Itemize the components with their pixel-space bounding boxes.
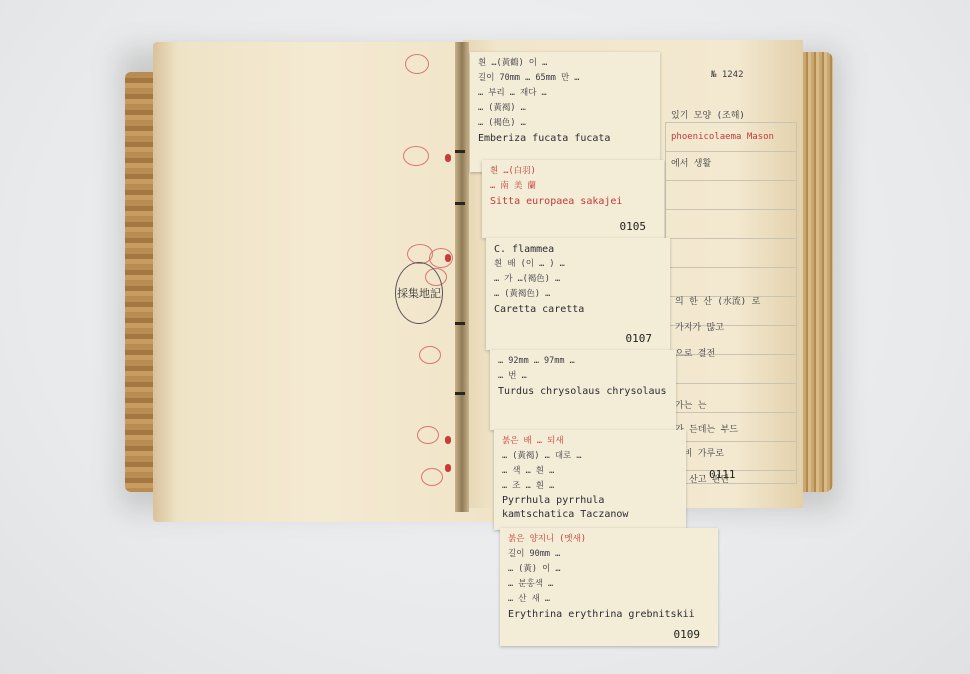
binding-stitch <box>455 322 465 325</box>
gutter <box>455 42 469 512</box>
scientific-name: Emberiza fucata fucata <box>478 131 652 146</box>
right-note-line: 의 한 산 (水流) 로 <box>675 294 760 307</box>
annotation-slip: … 92mm … 97mm … … 번 … Turdus chrysolaus … <box>490 350 676 430</box>
annotation-slip: 흰 …(黃鶴) 이 … 길이 70mm … 65mm 만 … … 부리 … 재다… <box>470 52 660 172</box>
right-note-line: 에서 생활 <box>671 156 711 169</box>
right-note-line: 있기 모양 (조해) <box>671 108 745 121</box>
annotation-slip: 붉은 양지니 (멧새) 길이 90mm … … (黃) 이 … … 분홍색 … … <box>500 528 718 646</box>
scientific-name: Turdus chrysolaus chrysolaus <box>498 384 668 399</box>
red-circle-mark <box>405 54 429 74</box>
red-circle-mark <box>421 468 443 486</box>
annotation-slip: 흰 …(白羽) … 南 美 蘭 Sitta europaea sakajei 0… <box>482 160 664 238</box>
scientific-name: Pyrrhula pyrrhula kamtschatica Taczanow <box>502 494 678 522</box>
red-ink-dot <box>445 254 451 262</box>
annotation-slip: 붉은 배 … 되새 … (黃褐) … 대로 … … 색 … 흰 … … 조 … … <box>494 430 686 530</box>
red-ink-dot <box>445 154 451 162</box>
binding-stitch <box>455 392 465 395</box>
red-ink-dot <box>445 436 451 444</box>
right-note-line: 가는 는 <box>675 398 707 411</box>
scientific-name: Caretta caretta <box>494 302 662 317</box>
slip-number: 0105 <box>620 219 647 234</box>
annotation-slip: C. flammea 흰 배 (이 … ) … … 가 …(褐色) … … (黃… <box>486 238 670 350</box>
page-number: 0111 <box>709 468 736 481</box>
scientific-name: Erythrina erythrina grebnitskii <box>508 607 710 622</box>
page-header-number: № 1242 <box>711 70 744 80</box>
red-circle-mark <box>417 426 439 444</box>
scientific-name: Sitta europaea sakajei <box>490 194 656 209</box>
red-circle-mark <box>403 146 429 166</box>
binding-stitch <box>455 202 465 205</box>
right-note-line: 으로 결전 <box>675 346 715 359</box>
right-note-line: phoenicolaema Mason <box>671 132 774 142</box>
slip-number: 0109 <box>674 627 701 642</box>
red-circle-mark <box>419 346 441 364</box>
slip-number: 0107 <box>626 331 653 346</box>
pencil-stamp-note: 採集地記 <box>395 262 443 324</box>
binding-stitch <box>455 150 465 153</box>
red-ink-dot <box>445 464 451 472</box>
slip-heading: 붉은 양지니 (멧새) <box>508 532 710 547</box>
slip-heading: 붉은 배 … 되새 <box>502 434 678 449</box>
right-note-line: 가지가 많고 <box>675 320 724 333</box>
slip-heading: C. flammea <box>494 242 662 257</box>
